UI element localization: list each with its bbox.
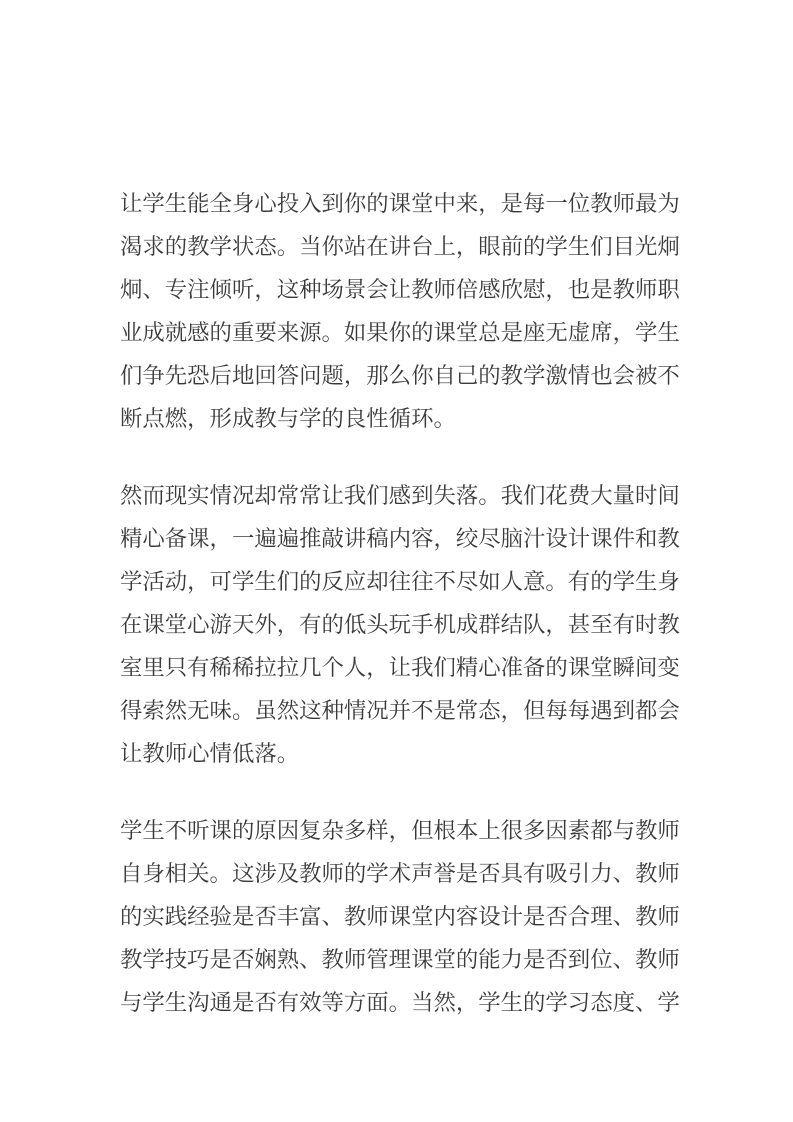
text-line: 然而现实情况却常常让我们感到失落。我们花费大量时间 xyxy=(120,474,682,517)
text-line: 渴求的教学状态。当你站在讲台上，眼前的学生们目光炯 xyxy=(120,225,682,268)
document-page: 让学生能全身心投入到你的课堂中来，是每一位教师最为渴求的教学状态。当你站在讲台上… xyxy=(0,0,793,1122)
text-line: 精心备课，一遍遍推敲讲稿内容，绞尽脑汁设计课件和教 xyxy=(120,517,682,560)
paragraph-2: 然而现实情况却常常让我们感到失落。我们花费大量时间精心备课，一遍遍推敲讲稿内容，… xyxy=(120,474,682,775)
text-line: 的实践经验是否丰富、教师课堂内容设计是否合理、教师 xyxy=(120,895,682,938)
text-line: 学生不听课的原因复杂多样，但根本上很多因素都与教师 xyxy=(120,809,682,852)
paragraph-1: 让学生能全身心投入到你的课堂中来，是每一位教师最为渴求的教学状态。当你站在讲台上… xyxy=(120,182,682,440)
text-line: 学活动，可学生们的反应却往往不尽如人意。有的学生身 xyxy=(120,560,682,603)
text-line: 断点燃，形成教与学的良性循环。 xyxy=(120,397,682,440)
text-line: 与学生沟通是否有效等方面。当然，学生的学习态度、学 xyxy=(120,981,682,1024)
text-line: 教学技巧是否娴熟、教师管理课堂的能力是否到位、教师 xyxy=(120,938,682,981)
text-line: 自身相关。这涉及教师的学术声誉是否具有吸引力、教师 xyxy=(120,852,682,895)
paragraph-3: 学生不听课的原因复杂多样，但根本上很多因素都与教师自身相关。这涉及教师的学术声誉… xyxy=(120,809,682,1024)
text-line: 业成就感的重要来源。如果你的课堂总是座无虚席，学生 xyxy=(120,311,682,354)
text-line: 得索然无味。虽然这种情况并不是常态，但每每遇到都会 xyxy=(120,689,682,732)
text-line: 在课堂心游天外，有的低头玩手机成群结队，甚至有时教 xyxy=(120,603,682,646)
text-line: 让教师心情低落。 xyxy=(120,732,682,775)
text-line: 让学生能全身心投入到你的课堂中来，是每一位教师最为 xyxy=(120,182,682,225)
document-text-block: 让学生能全身心投入到你的课堂中来，是每一位教师最为渴求的教学状态。当你站在讲台上… xyxy=(120,182,682,1058)
text-line: 室里只有稀稀拉拉几个人，让我们精心准备的课堂瞬间变 xyxy=(120,646,682,689)
text-line: 炯、专注倾听，这种场景会让教师倍感欣慰，也是教师职 xyxy=(120,268,682,311)
text-line: 们争先恐后地回答问题，那么你自己的教学激情也会被不 xyxy=(120,354,682,397)
